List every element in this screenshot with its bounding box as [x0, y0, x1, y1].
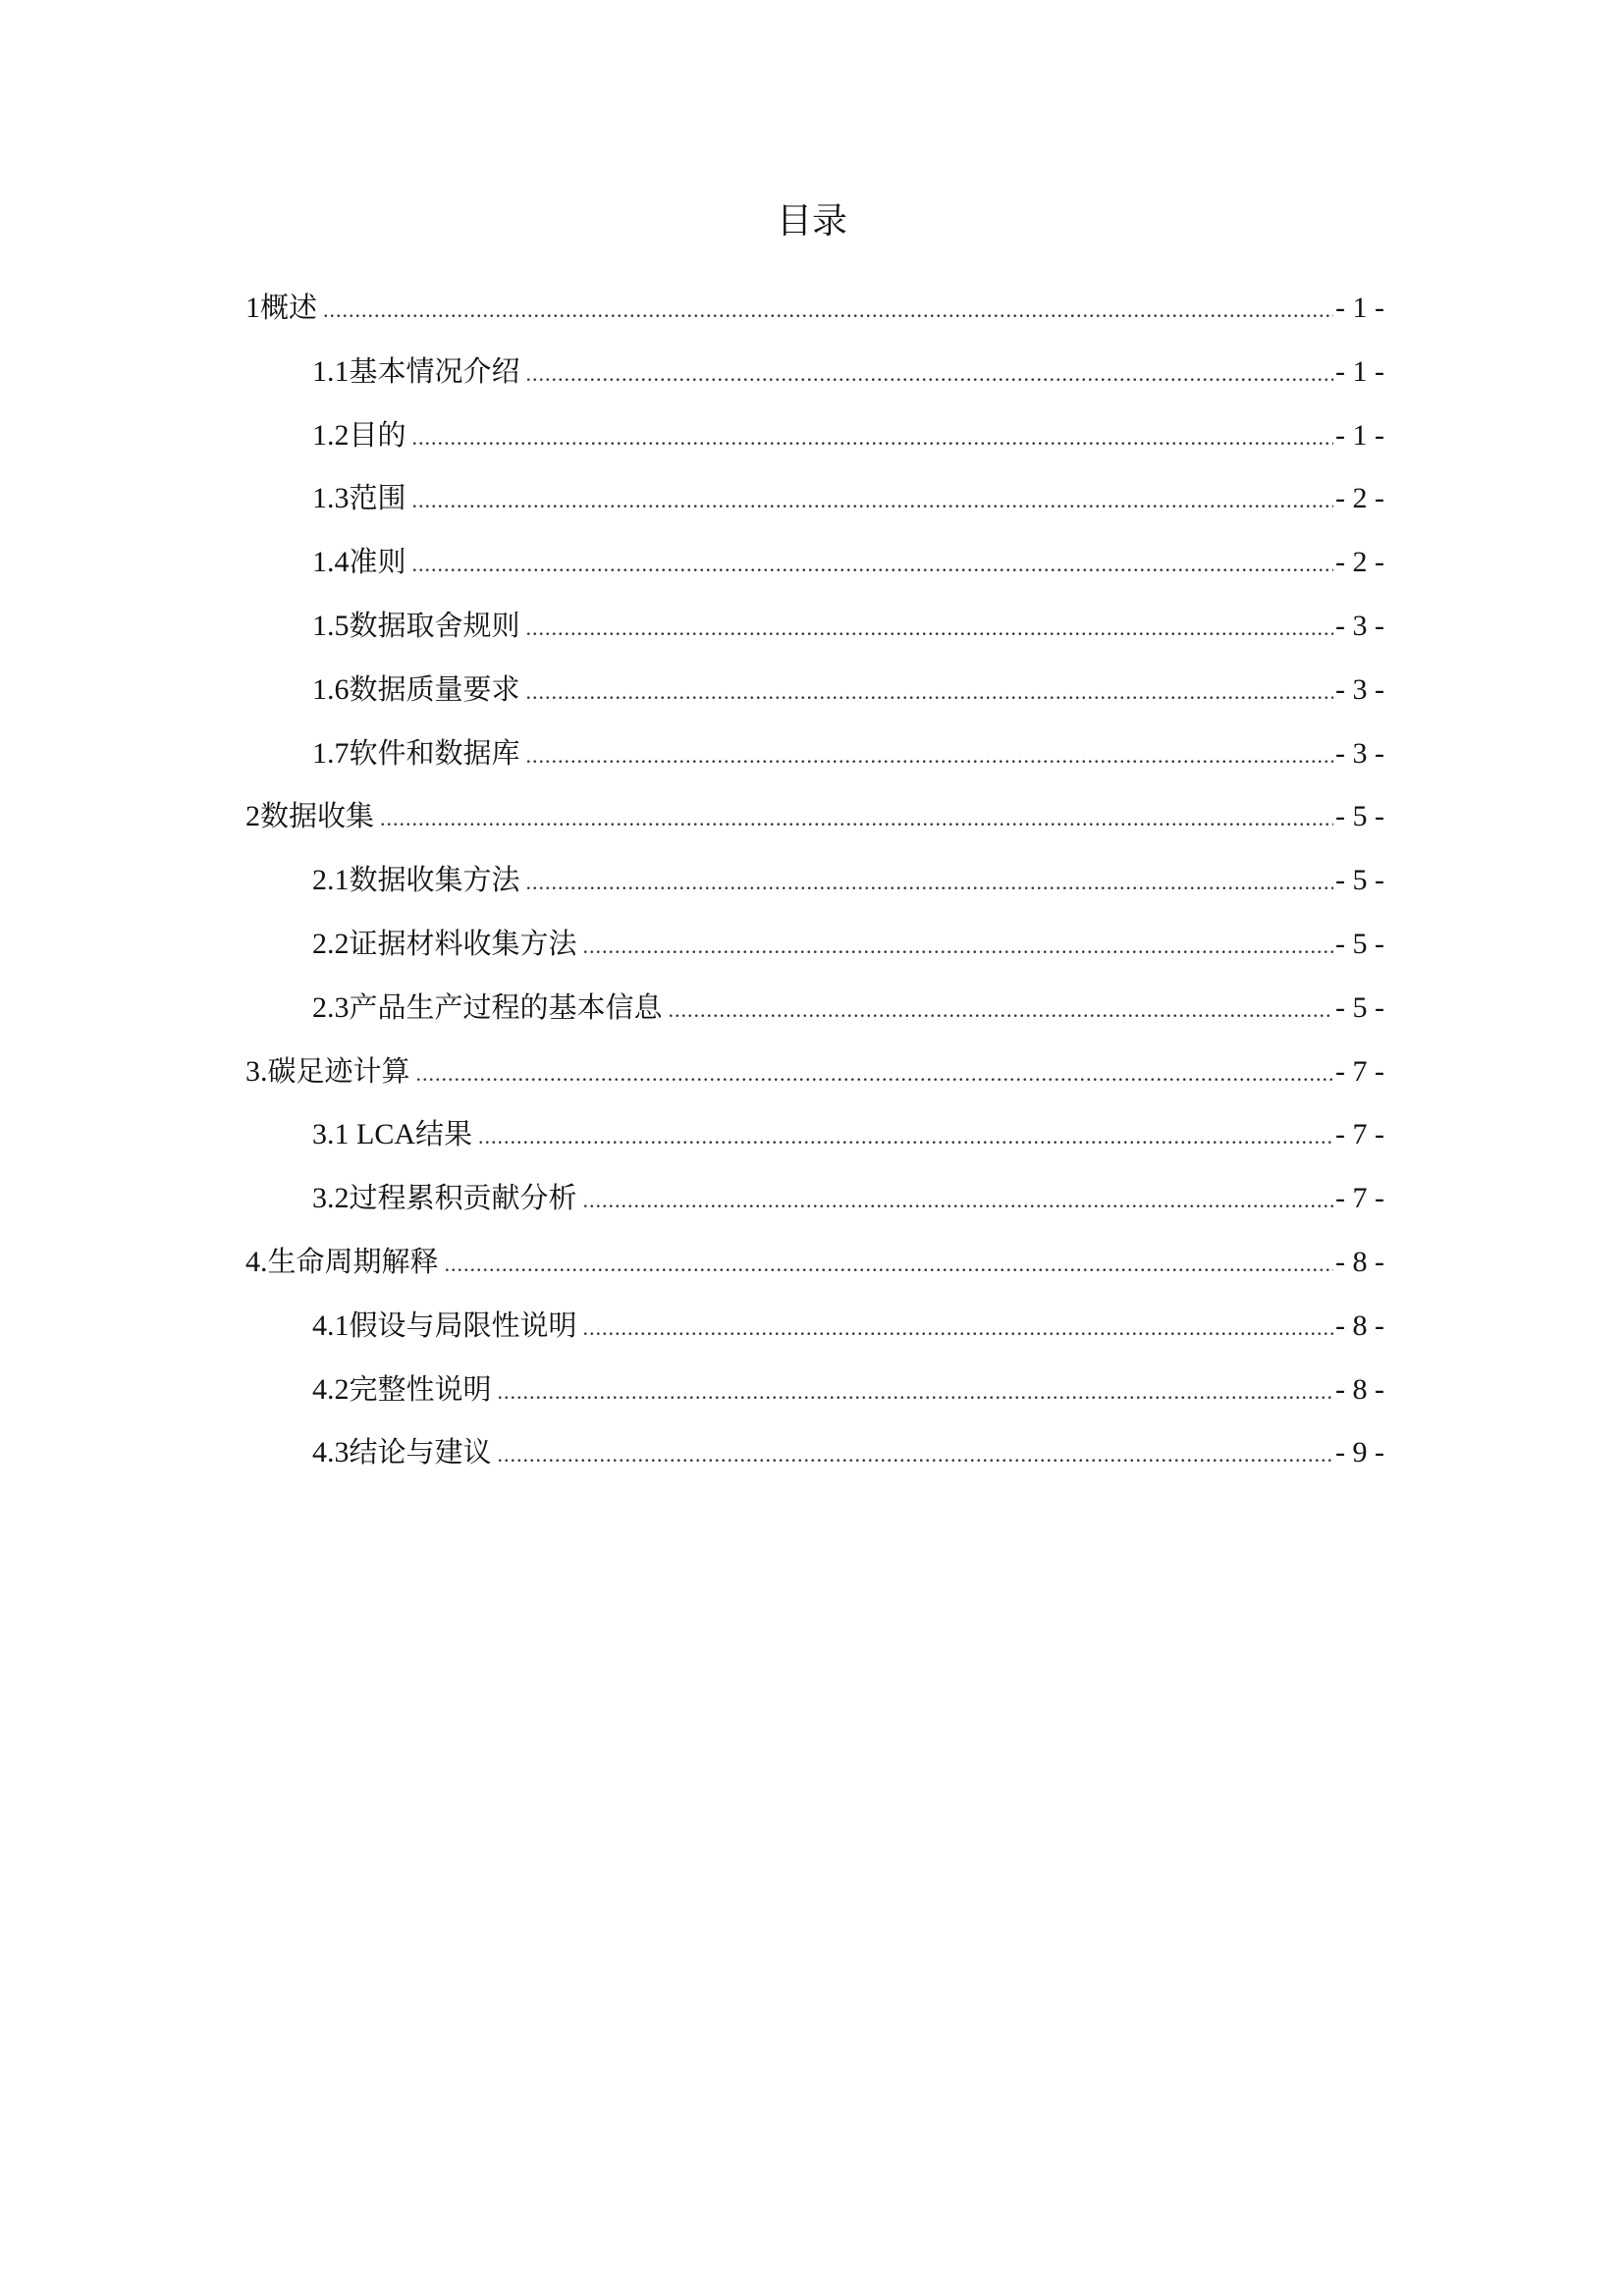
toc-entry-1-6[interactable]: 1.6 数据质量要求- 3 -	[245, 658, 1384, 721]
dot-leader	[498, 1361, 1334, 1424]
toc-number: 1.4	[312, 531, 350, 595]
toc-page-number: - 9 -	[1335, 1421, 1384, 1485]
toc-page-number: - 8 -	[1335, 1231, 1384, 1295]
toc-entry-4-3[interactable]: 4.3结论与建议- 9 -	[245, 1420, 1384, 1484]
dot-leader	[412, 533, 1334, 597]
toc-number: 4.1	[312, 1295, 350, 1359]
toc-entry-1-1[interactable]: 1.1 基本情况介绍- 1 -	[245, 340, 1384, 403]
dot-leader	[583, 1169, 1334, 1233]
toc-text: 假设与局限性说明	[350, 1294, 577, 1358]
toc-page-number: - 2 -	[1335, 467, 1384, 531]
toc-page-number: - 5 -	[1335, 913, 1384, 977]
toc-entry-4-2[interactable]: 4.2完整性说明- 8 -	[245, 1358, 1384, 1421]
toc-number: 2	[245, 785, 260, 849]
toc-entry-2[interactable]: 2 数据收集- 5 -	[245, 784, 1384, 848]
toc-text: 基本情况介绍	[350, 340, 520, 403]
toc-page-number: - 5 -	[1335, 785, 1384, 849]
dot-leader	[323, 279, 1333, 343]
dot-leader	[416, 1042, 1334, 1106]
page-title: 目录	[0, 196, 1624, 247]
toc-entry-2-3[interactable]: 2.3 产品生产过程的基本信息- 5 -	[245, 976, 1384, 1040]
toc-number: 1.5	[312, 595, 350, 659]
toc-number: 1.2	[312, 404, 350, 468]
toc-entry-1-7[interactable]: 1.7 软件和数据库- 3 -	[245, 721, 1384, 785]
toc-number: 2.1	[312, 849, 350, 913]
dot-leader	[526, 343, 1334, 406]
dot-leader	[412, 406, 1334, 470]
toc-text: 软件和数据库	[350, 721, 520, 785]
dot-leader	[498, 1423, 1334, 1487]
toc-page-number: - 5 -	[1335, 849, 1384, 913]
dot-leader	[526, 851, 1334, 915]
dot-leader	[583, 915, 1334, 979]
toc-text: 证据材料收集方法	[350, 912, 577, 976]
toc-page-number: - 5 -	[1335, 977, 1384, 1041]
toc-text: 准则	[350, 530, 406, 594]
toc-page-number: - 3 -	[1335, 659, 1384, 722]
toc-text: 概述	[260, 276, 317, 340]
dot-leader	[526, 661, 1334, 724]
toc-number: 1.6	[312, 659, 350, 722]
toc-number: 3.1 LCA	[312, 1103, 415, 1167]
toc-entry-4-1[interactable]: 4.1假设与局限性说明- 8 -	[245, 1294, 1384, 1358]
toc-page-number: - 1 -	[1335, 341, 1384, 404]
toc-number: 1.3	[312, 467, 350, 531]
toc-text: 目的	[350, 403, 406, 467]
toc-text: 产品生产过程的基本信息	[350, 976, 663, 1040]
toc-entry-1[interactable]: 1 概述- 1 -	[245, 276, 1384, 340]
toc-number: 4.3	[312, 1421, 350, 1485]
toc-number: 2.2	[312, 913, 350, 977]
toc-text: 结论与建议	[350, 1420, 492, 1484]
toc-page-number: - 3 -	[1335, 722, 1384, 786]
toc-page-number: - 2 -	[1335, 531, 1384, 595]
toc-entry-1-3[interactable]: 1.3 范围- 2 -	[245, 466, 1384, 530]
toc-number: 3.	[245, 1041, 268, 1104]
toc-entry-2-2[interactable]: 2.2 证据材料收集方法- 5 -	[245, 912, 1384, 976]
toc-page-number: - 8 -	[1335, 1359, 1384, 1422]
dot-leader	[526, 597, 1334, 661]
toc-entry-3[interactable]: 3.碳足迹计算- 7 -	[245, 1040, 1384, 1103]
toc-number: 4.2	[312, 1359, 350, 1422]
toc-text: 数据收集	[260, 784, 374, 848]
toc-entry-1-4[interactable]: 1.4准则- 2 -	[245, 530, 1384, 594]
toc-number: 1	[245, 277, 260, 341]
toc-text: 过程累积贡献分析	[350, 1166, 577, 1230]
toc-page-number: - 1 -	[1335, 404, 1384, 468]
toc-number: 4.	[245, 1231, 268, 1295]
toc-entry-3-2[interactable]: 3.2过程累积贡献分析- 7 -	[245, 1166, 1384, 1230]
toc-text: 生命周期解释	[268, 1230, 439, 1294]
toc-text: 范围	[350, 466, 406, 530]
toc-text: 数据收集方法	[350, 848, 520, 912]
toc-number: 1.7	[312, 722, 350, 786]
toc-entry-4[interactable]: 4.生命周期解释- 8 -	[245, 1230, 1384, 1294]
toc-text: 数据取舍规则	[350, 594, 520, 658]
toc-text: 结果	[415, 1102, 472, 1166]
toc-text: 完整性说明	[350, 1358, 492, 1421]
dot-leader	[380, 787, 1333, 851]
toc-entry-1-2[interactable]: 1.2 目的- 1 -	[245, 403, 1384, 467]
toc-number: 3.2	[312, 1167, 350, 1231]
toc-entry-3-1[interactable]: 3.1 LCA结果- 7 -	[245, 1102, 1384, 1166]
dot-leader	[583, 1297, 1334, 1361]
dot-leader	[412, 469, 1334, 533]
toc-page-number: - 1 -	[1335, 277, 1384, 341]
toc-text: 数据质量要求	[350, 658, 520, 721]
toc-page-number: - 7 -	[1335, 1103, 1384, 1167]
toc-page-number: - 7 -	[1335, 1041, 1384, 1104]
toc-number: 2.3	[312, 977, 350, 1041]
toc-entry-1-5[interactable]: 1.5数据取舍规则- 3 -	[245, 594, 1384, 658]
dot-leader	[445, 1233, 1334, 1297]
dot-leader	[526, 724, 1334, 788]
toc-number: 1.1	[312, 341, 350, 404]
toc-page-number: - 7 -	[1335, 1167, 1384, 1231]
toc-text: 碳足迹计算	[268, 1040, 410, 1103]
toc-page-number: - 8 -	[1335, 1295, 1384, 1359]
dot-leader	[478, 1105, 1333, 1169]
toc-page-number: - 3 -	[1335, 595, 1384, 659]
toc-entry-2-1[interactable]: 2.1 数据收集方法- 5 -	[245, 848, 1384, 912]
dot-leader	[669, 979, 1334, 1042]
table-of-contents: 1 概述- 1 - 1.1 基本情况介绍- 1 - 1.2 目的- 1 - 1.…	[245, 276, 1384, 1484]
